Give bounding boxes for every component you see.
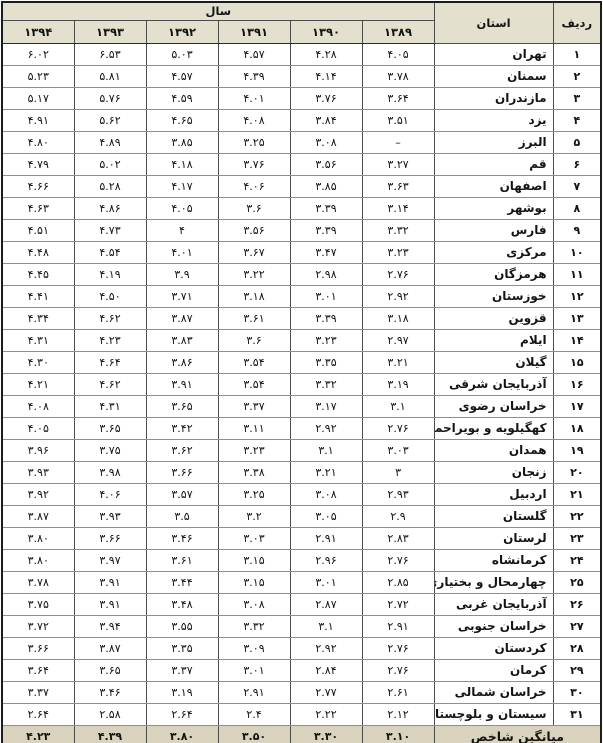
province-name-cell: آذربایجان شرقی xyxy=(434,373,553,395)
index-value-cell: ۴.۷۹ xyxy=(2,153,74,175)
index-value-cell: ۳.۱۵ xyxy=(218,549,290,571)
index-value-cell: ۳.۱ xyxy=(290,439,362,461)
index-value-cell: ۲.۶۱ xyxy=(362,681,434,703)
index-value-cell: ۳.۲۳ xyxy=(218,439,290,461)
index-value-cell: ۵.۶۲ xyxy=(74,109,146,131)
table-row: ۵.۲۳۵.۸۱۴.۵۷۴.۳۹۴.۱۴۳.۷۸سمنان۲ xyxy=(2,65,601,87)
index-value-cell: ۳.۶۶ xyxy=(74,527,146,549)
index-value-cell: ۴.۶۲ xyxy=(74,307,146,329)
province-name-cell: قزوین xyxy=(434,307,553,329)
index-value-cell: ۳.۳۷ xyxy=(2,681,74,703)
index-value-cell: ۳.۹۸ xyxy=(74,461,146,483)
index-value-cell: ۳.۴۲ xyxy=(146,417,218,439)
index-value-cell: ۳.۸۰ xyxy=(2,527,74,549)
province-name-cell: کهگیلویه و بویراحمد xyxy=(434,417,553,439)
province-name-cell: یزد xyxy=(434,109,553,131)
index-value-cell: ۳.۹۴ xyxy=(74,615,146,637)
index-value-cell: ۳.۴۶ xyxy=(74,681,146,703)
index-value-cell: ۲.۷۶ xyxy=(362,637,434,659)
index-value-cell: ۳.۰۸ xyxy=(290,483,362,505)
index-value-cell: ۴.۱۸ xyxy=(146,153,218,175)
table-row: ۵.۱۷۵.۷۶۴.۵۹۴.۰۱۳.۷۶۳.۶۴مازندران۳ xyxy=(2,87,601,109)
index-value-cell: ۲.۹۱ xyxy=(290,527,362,549)
index-value-cell: ۲.۷۲ xyxy=(362,593,434,615)
index-value-cell: ۴.۹۱ xyxy=(2,109,74,131)
index-value-cell: ۳.۶۵ xyxy=(74,659,146,681)
index-value-cell: ۳.۵۴ xyxy=(218,373,290,395)
row-number-cell: ۴ xyxy=(553,109,601,131)
index-value-cell: ۴.۳۴ xyxy=(2,307,74,329)
index-value-cell: ۴.۰۵ xyxy=(146,197,218,219)
index-value-cell: ۳.۶۲ xyxy=(146,439,218,461)
province-name-cell: خراسان شمالی xyxy=(434,681,553,703)
index-value-cell: ۳.۶۵ xyxy=(74,417,146,439)
row-number-cell: ۱۱ xyxy=(553,263,601,285)
index-value-cell: ۳.۲۲ xyxy=(218,263,290,285)
index-value-cell: ۳.۳۷ xyxy=(146,659,218,681)
province-name-cell: آذربایجان غربی xyxy=(434,593,553,615)
province-name-cell: کرمان xyxy=(434,659,553,681)
index-value-cell: ۲.۲۲ xyxy=(290,703,362,725)
province-name-cell: سمنان xyxy=(434,65,553,87)
index-value-cell: ۳.۰۳ xyxy=(362,439,434,461)
index-value-cell: ۲.۹۲ xyxy=(290,637,362,659)
index-value-cell: ۴.۱۷ xyxy=(146,175,218,197)
row-number-column-header: ردیف xyxy=(553,2,601,43)
index-value-cell: ۳.۳۵ xyxy=(290,351,362,373)
index-value-cell: ۳.۷۵ xyxy=(2,593,74,615)
document-sheet: سال استان ردیف ۱۳۹۴ ۱۳۹۳ ۱۳۹۲ ۱۳۹۱ ۱۳۹۰ … xyxy=(0,0,603,743)
row-number-cell: ۳۱ xyxy=(553,703,601,725)
index-value-cell: ۳.۲۳ xyxy=(362,241,434,263)
index-value-cell: ۳.۱۵ xyxy=(218,571,290,593)
index-value-cell: ۴.۰۱ xyxy=(146,241,218,263)
index-value-cell: ۳.۰۱ xyxy=(218,659,290,681)
index-value-cell: ۳.۵۶ xyxy=(290,153,362,175)
index-value-cell: ۳.۳۲ xyxy=(362,219,434,241)
index-value-cell: ۳.۳۵ xyxy=(146,637,218,659)
index-value-cell: ۳.۷۱ xyxy=(146,285,218,307)
province-index-table: سال استان ردیف ۱۳۹۴ ۱۳۹۳ ۱۳۹۲ ۱۳۹۱ ۱۳۹۰ … xyxy=(1,1,602,743)
province-name-cell: خراسان رضوی xyxy=(434,395,553,417)
row-number-cell: ۲۸ xyxy=(553,637,601,659)
index-value-cell: ۳.۸۶ xyxy=(146,351,218,373)
index-value-cell: ۴.۰۵ xyxy=(2,417,74,439)
table-row: ۴.۲۱۴.۶۲۳.۹۱۳.۵۴۳.۳۲۳.۱۹آذربایجان شرقی۱۶ xyxy=(2,373,601,395)
table-body: ۶.۰۲۶.۵۳۵.۰۳۴.۵۷۴.۲۸۴.۰۵تهران۱۵.۲۳۵.۸۱۴.… xyxy=(2,43,601,725)
average-value-1391: ۳.۵۰ xyxy=(218,725,290,743)
province-name-cell: اصفهان xyxy=(434,175,553,197)
index-value-cell: ۳.۶۶ xyxy=(2,637,74,659)
index-value-cell: ۵.۷۶ xyxy=(74,87,146,109)
index-value-cell: ۲.۶۴ xyxy=(146,703,218,725)
index-value-cell: ۴.۸۶ xyxy=(74,197,146,219)
index-value-cell: ۴.۳۰ xyxy=(2,351,74,373)
index-value-cell: ۳.۴۴ xyxy=(146,571,218,593)
index-value-cell: ۵.۸۱ xyxy=(74,65,146,87)
province-name-cell: خوزستان xyxy=(434,285,553,307)
row-number-cell: ۱۰ xyxy=(553,241,601,263)
row-number-cell: ۲۷ xyxy=(553,615,601,637)
index-value-cell: ۴.۶۴ xyxy=(74,351,146,373)
province-name-cell: سیستان و بلوچستان xyxy=(434,703,553,725)
table-row: ۴.۰۵۳.۶۵۳.۴۲۳.۱۱۲.۹۲۲.۷۶کهگیلویه و بویرا… xyxy=(2,417,601,439)
index-value-cell: ۴.۵۹ xyxy=(146,87,218,109)
index-value-cell: ۳.۸۰ xyxy=(2,549,74,571)
index-value-cell: ۲.۷۷ xyxy=(290,681,362,703)
index-value-cell: ۳.۰۸ xyxy=(218,593,290,615)
year-header-1392: ۱۳۹۲ xyxy=(146,20,218,43)
index-value-cell: ۳.۱ xyxy=(290,615,362,637)
index-value-cell: ۲.۷۶ xyxy=(362,549,434,571)
index-value-cell: ۳.۷۵ xyxy=(74,439,146,461)
index-value-cell: ۳.۰۳ xyxy=(218,527,290,549)
row-number-cell: ۱۳ xyxy=(553,307,601,329)
average-value-1389: ۳.۱۰ xyxy=(362,725,434,743)
index-value-cell: ۵.۱۷ xyxy=(2,87,74,109)
index-value-cell: ۳.۸۷ xyxy=(2,505,74,527)
index-value-cell: ۳.۵۷ xyxy=(146,483,218,505)
index-value-cell: ۴.۴۵ xyxy=(2,263,74,285)
province-name-cell: کردستان xyxy=(434,637,553,659)
index-value-cell: ۳.۷۶ xyxy=(218,153,290,175)
row-number-cell: ۱۹ xyxy=(553,439,601,461)
row-number-cell: ۹ xyxy=(553,219,601,241)
province-name-cell: فارس xyxy=(434,219,553,241)
index-value-cell: ۴.۲۳ xyxy=(74,329,146,351)
province-name-cell: قم xyxy=(434,153,553,175)
index-value-cell: ۳.۱ xyxy=(362,395,434,417)
index-value-cell: ۲.۸۴ xyxy=(290,659,362,681)
index-value-cell: ۳.۰۵ xyxy=(290,505,362,527)
year-header-1389: ۱۳۸۹ xyxy=(362,20,434,43)
index-value-cell: ۳.۵ xyxy=(146,505,218,527)
row-number-cell: ۷ xyxy=(553,175,601,197)
index-value-cell: ۳.۹۳ xyxy=(2,461,74,483)
index-value-cell: ۴.۶۶ xyxy=(2,175,74,197)
average-value-1393: ۴.۳۹ xyxy=(74,725,146,743)
year-header-1393: ۱۳۹۳ xyxy=(74,20,146,43)
index-value-cell: ۴.۵۷ xyxy=(218,43,290,65)
province-name-cell: گلستان xyxy=(434,505,553,527)
index-value-cell: ۳.۴۸ xyxy=(146,593,218,615)
table-row: ۴.۴۵۴.۱۹۳.۹۳.۲۲۲.۹۸۲.۷۶هرمزگان۱۱ xyxy=(2,263,601,285)
index-value-cell: ۴.۱۹ xyxy=(74,263,146,285)
table-row: ۳.۷۵۳.۹۱۳.۴۸۳.۰۸۲.۸۷۲.۷۲آذربایجان غربی۲۶ xyxy=(2,593,601,615)
row-number-cell: ۲۵ xyxy=(553,571,601,593)
year-group-header: سال xyxy=(2,2,434,20)
table-header: سال استان ردیف ۱۳۹۴ ۱۳۹۳ ۱۳۹۲ ۱۳۹۱ ۱۳۹۰ … xyxy=(2,2,601,43)
index-value-cell: ۲.۱۲ xyxy=(362,703,434,725)
index-value-cell: ۳.۹ xyxy=(146,263,218,285)
index-value-cell: ۳.۷۲ xyxy=(2,615,74,637)
index-value-cell: ۴.۸۰ xyxy=(2,131,74,153)
row-number-cell: ۲۶ xyxy=(553,593,601,615)
index-value-cell: ۳.۶۴ xyxy=(362,87,434,109)
index-value-cell: ۳.۱۱ xyxy=(218,417,290,439)
index-value-cell: ۳.۱۴ xyxy=(362,197,434,219)
table-row: ۴.۵۱۴.۷۳۴۳.۵۶۳.۳۹۳.۳۲فارس۹ xyxy=(2,219,601,241)
province-name-cell: زنجان xyxy=(434,461,553,483)
row-number-cell: ۵ xyxy=(553,131,601,153)
index-value-cell: ۲.۷۶ xyxy=(362,417,434,439)
index-value-cell: ۳.۸۵ xyxy=(290,175,362,197)
index-value-cell: ۴.۳۱ xyxy=(74,395,146,417)
row-number-cell: ۱۷ xyxy=(553,395,601,417)
index-value-cell: ۳.۶۱ xyxy=(218,307,290,329)
index-value-cell: ۴.۴۱ xyxy=(2,285,74,307)
index-value-cell: ۳.۹۱ xyxy=(74,571,146,593)
index-value-cell: ۳.۶ xyxy=(218,197,290,219)
table-row: ۴.۴۸۴.۵۴۴.۰۱۳.۶۷۳.۴۷۳.۲۳مرکزی۱۰ xyxy=(2,241,601,263)
index-value-cell: ۳.۲۵ xyxy=(218,483,290,505)
table-row: ۴.۳۱۴.۲۳۳.۸۳۳.۶۳.۲۳۲.۹۷ایلام۱۴ xyxy=(2,329,601,351)
province-name-cell: هرمزگان xyxy=(434,263,553,285)
index-value-cell: ۳.۸۵ xyxy=(146,131,218,153)
index-value-cell: ۵.۲۳ xyxy=(2,65,74,87)
index-value-cell: ۳.۶۴ xyxy=(2,659,74,681)
index-value-cell: ۶.۵۳ xyxy=(74,43,146,65)
province-name-cell: لرستان xyxy=(434,527,553,549)
index-value-cell: ۳.۳۹ xyxy=(290,219,362,241)
year-header-1390: ۱۳۹۰ xyxy=(290,20,362,43)
row-number-cell: ۱۴ xyxy=(553,329,601,351)
index-value-cell: ۴.۳۱ xyxy=(2,329,74,351)
index-value-cell: ۴.۸۹ xyxy=(74,131,146,153)
index-value-cell: ۳.۷۸ xyxy=(362,65,434,87)
index-value-cell: ۵.۲۸ xyxy=(74,175,146,197)
index-value-cell: ۳.۶۶ xyxy=(146,461,218,483)
index-value-cell: ۴.۲۸ xyxy=(290,43,362,65)
row-number-cell: ۲۴ xyxy=(553,549,601,571)
table-row: ۳.۷۲۳.۹۴۳.۵۵۳.۳۲۳.۱۲.۹۱خراسان جنوبی۲۷ xyxy=(2,615,601,637)
index-value-cell: ۲.۹۱ xyxy=(362,615,434,637)
index-value-cell: ۳.۰۸ xyxy=(290,131,362,153)
index-value-cell: ۳.۳۹ xyxy=(290,307,362,329)
index-value-cell: ۳.۵۴ xyxy=(218,351,290,373)
average-value-1394: ۴.۲۳ xyxy=(2,725,74,743)
index-value-cell: ۴.۶۲ xyxy=(74,373,146,395)
index-value-cell: ۳.۱۸ xyxy=(218,285,290,307)
index-value-cell: ۲.۴ xyxy=(218,703,290,725)
index-value-cell: ۳.۳۷ xyxy=(218,395,290,417)
table-row: ۲.۶۴۲.۵۸۲.۶۴۲.۴۲.۲۲۲.۱۲سیستان و بلوچستان… xyxy=(2,703,601,725)
index-value-cell: ۳.۷۸ xyxy=(2,571,74,593)
index-value-cell: ۵.۰۲ xyxy=(74,153,146,175)
year-header-1391: ۱۳۹۱ xyxy=(218,20,290,43)
index-value-cell: ۲.۹۸ xyxy=(290,263,362,285)
table-row: ۳.۳۷۳.۴۶۳.۱۹۲.۹۱۲.۷۷۲.۶۱خراسان شمالی۳۰ xyxy=(2,681,601,703)
index-value-cell: ۳.۱۹ xyxy=(146,681,218,703)
index-value-cell: ۳.۰۱ xyxy=(290,285,362,307)
index-value-cell: ۲.۹۲ xyxy=(362,285,434,307)
index-value-cell: ۳.۹۶ xyxy=(2,439,74,461)
table-row: ۳.۹۳۳.۹۸۳.۶۶۳.۳۸۳.۲۱۳زنجان۲۰ xyxy=(2,461,601,483)
index-value-cell: ۳.۰۹ xyxy=(218,637,290,659)
index-value-cell: ۲.۹۱ xyxy=(218,681,290,703)
province-column-header: استان xyxy=(434,2,553,43)
index-value-cell: ۴.۵۴ xyxy=(74,241,146,263)
row-number-cell: ۱۵ xyxy=(553,351,601,373)
index-value-cell: ۶.۰۲ xyxy=(2,43,74,65)
index-value-cell: ۳.۸۷ xyxy=(74,637,146,659)
index-value-cell: ۲.۶۴ xyxy=(2,703,74,725)
province-name-cell: ایلام xyxy=(434,329,553,351)
index-value-cell: ۳.۹۱ xyxy=(146,373,218,395)
index-value-cell: ۳.۲۱ xyxy=(290,461,362,483)
index-value-cell: ۲.۷۶ xyxy=(362,263,434,285)
index-value-cell: ۳.۱۷ xyxy=(290,395,362,417)
index-value-cell: ۳.۵۱ xyxy=(362,109,434,131)
average-row: ۴.۲۳ ۴.۳۹ ۳.۸۰ ۳.۵۰ ۳.۳۰ ۳.۱۰ میانگین شا… xyxy=(2,725,601,743)
index-value-cell: ۳.۵۵ xyxy=(146,615,218,637)
province-name-cell: گیلان xyxy=(434,351,553,373)
index-value-cell: ۳.۲ xyxy=(218,505,290,527)
index-value-cell: ۳.۶۷ xyxy=(218,241,290,263)
index-value-cell: ۴.۰۸ xyxy=(218,109,290,131)
row-number-cell: ۸ xyxy=(553,197,601,219)
index-value-cell: ۴ xyxy=(146,219,218,241)
row-number-cell: ۶ xyxy=(553,153,601,175)
table-row: ۴.۳۴۴.۶۲۳.۸۷۳.۶۱۳.۳۹۳.۱۸قزوین۱۳ xyxy=(2,307,601,329)
province-name-cell: اردبیل xyxy=(434,483,553,505)
index-value-cell: ۳.۹۱ xyxy=(74,593,146,615)
index-value-cell: ۴.۰۵ xyxy=(362,43,434,65)
index-value-cell: – xyxy=(362,131,434,153)
index-value-cell: ۲.۸۷ xyxy=(290,593,362,615)
table-row: ۳.۷۸۳.۹۱۳.۴۴۳.۱۵۳.۰۱۲.۸۵چهارمحال و بختیا… xyxy=(2,571,601,593)
table-row: ۴.۰۸۴.۳۱۳.۶۵۳.۳۷۳.۱۷۳.۱خراسان رضوی۱۷ xyxy=(2,395,601,417)
index-value-cell: ۴.۵۱ xyxy=(2,219,74,241)
table-row: ۳.۸۷۳.۹۳۳.۵۳.۲۳.۰۵۲.۹گلستان۲۲ xyxy=(2,505,601,527)
index-value-cell: ۳.۹۲ xyxy=(2,483,74,505)
header-group-row: سال استان ردیف xyxy=(2,2,601,20)
index-value-cell: ۳.۷۶ xyxy=(290,87,362,109)
index-value-cell: ۳.۶۱ xyxy=(146,549,218,571)
index-value-cell: ۵.۰۳ xyxy=(146,43,218,65)
index-value-cell: ۲.۸۳ xyxy=(362,527,434,549)
index-value-cell: ۴.۰۸ xyxy=(2,395,74,417)
table-row: ۳.۹۲۴.۰۶۳.۵۷۳.۲۵۳.۰۸۲.۹۳اردبیل۲۱ xyxy=(2,483,601,505)
table-row: ۳.۶۶۳.۸۷۳.۳۵۳.۰۹۲.۹۲۲.۷۶کردستان۲۸ xyxy=(2,637,601,659)
index-value-cell: ۲.۹۷ xyxy=(362,329,434,351)
index-value-cell: ۳.۴۶ xyxy=(146,527,218,549)
index-value-cell: ۴.۵۷ xyxy=(146,65,218,87)
index-value-cell: ۳.۸۷ xyxy=(146,307,218,329)
table-footer: ۴.۲۳ ۴.۳۹ ۳.۸۰ ۳.۵۰ ۳.۳۰ ۳.۱۰ میانگین شا… xyxy=(2,725,601,743)
index-value-cell: ۴.۷۳ xyxy=(74,219,146,241)
index-value-cell: ۴.۶۵ xyxy=(146,109,218,131)
province-name-cell: بوشهر xyxy=(434,197,553,219)
index-value-cell: ۴.۰۶ xyxy=(218,175,290,197)
index-value-cell: ۳.۱۸ xyxy=(362,307,434,329)
index-value-cell: ۳.۳۲ xyxy=(218,615,290,637)
index-value-cell: ۳.۲۳ xyxy=(290,329,362,351)
row-number-cell: ۱۶ xyxy=(553,373,601,395)
index-value-cell: ۳.۲۷ xyxy=(362,153,434,175)
row-number-cell: ۱۸ xyxy=(553,417,601,439)
province-name-cell: همدان xyxy=(434,439,553,461)
index-value-cell: ۳.۰۱ xyxy=(290,571,362,593)
table-row: ۶.۰۲۶.۵۳۵.۰۳۴.۵۷۴.۲۸۴.۰۵تهران۱ xyxy=(2,43,601,65)
index-value-cell: ۲.۷۶ xyxy=(362,659,434,681)
row-number-cell: ۲۳ xyxy=(553,527,601,549)
index-value-cell: ۳.۱۹ xyxy=(362,373,434,395)
index-value-cell: ۲.۹۶ xyxy=(290,549,362,571)
row-number-cell: ۲ xyxy=(553,65,601,87)
index-value-cell: ۳.۵۶ xyxy=(218,219,290,241)
row-number-cell: ۲۹ xyxy=(553,659,601,681)
index-value-cell: ۳.۶۵ xyxy=(146,395,218,417)
index-value-cell: ۳.۶۳ xyxy=(362,175,434,197)
index-value-cell: ۴.۴۸ xyxy=(2,241,74,263)
province-name-cell: چهارمحال و بختیاری xyxy=(434,571,553,593)
index-value-cell: ۴.۳۹ xyxy=(218,65,290,87)
index-value-cell: ۳ xyxy=(362,461,434,483)
table-row: ۴.۹۱۵.۶۲۴.۶۵۴.۰۸۳.۸۴۳.۵۱یزد۴ xyxy=(2,109,601,131)
average-row-label: میانگین شاخص xyxy=(434,725,601,743)
index-value-cell: ۲.۹ xyxy=(362,505,434,527)
table-row: ۴.۶۳۴.۸۶۴.۰۵۳.۶۳.۳۹۳.۱۴بوشهر۸ xyxy=(2,197,601,219)
table-row: ۴.۴۱۴.۵۰۳.۷۱۳.۱۸۳.۰۱۲.۹۲خوزستان۱۲ xyxy=(2,285,601,307)
table-row: ۳.۹۶۳.۷۵۳.۶۲۳.۲۳۳.۱۳.۰۳همدان۱۹ xyxy=(2,439,601,461)
table-row: ۴.۶۶۵.۲۸۴.۱۷۴.۰۶۳.۸۵۳.۶۳اصفهان۷ xyxy=(2,175,601,197)
table-row: ۳.۸۰۳.۶۶۳.۴۶۳.۰۳۲.۹۱۲.۸۳لرستان۲۳ xyxy=(2,527,601,549)
table-row: ۴.۷۹۵.۰۲۴.۱۸۳.۷۶۳.۵۶۳.۲۷قم۶ xyxy=(2,153,601,175)
table-row: ۳.۶۴۳.۶۵۳.۳۷۳.۰۱۲.۸۴۲.۷۶کرمان۲۹ xyxy=(2,659,601,681)
row-number-cell: ۱ xyxy=(553,43,601,65)
year-header-1394: ۱۳۹۴ xyxy=(2,20,74,43)
index-value-cell: ۳.۳۸ xyxy=(218,461,290,483)
index-value-cell: ۳.۲۱ xyxy=(362,351,434,373)
row-number-cell: ۳ xyxy=(553,87,601,109)
average-value-1392: ۳.۸۰ xyxy=(146,725,218,743)
province-name-cell: کرمانشاه xyxy=(434,549,553,571)
row-number-cell: ۲۱ xyxy=(553,483,601,505)
province-name-cell: البرز xyxy=(434,131,553,153)
row-number-cell: ۲۰ xyxy=(553,461,601,483)
index-value-cell: ۳.۹۷ xyxy=(74,549,146,571)
index-value-cell: ۲.۸۵ xyxy=(362,571,434,593)
index-value-cell: ۳.۸۳ xyxy=(146,329,218,351)
index-value-cell: ۴.۱۴ xyxy=(290,65,362,87)
index-value-cell: ۳.۴۷ xyxy=(290,241,362,263)
row-number-cell: ۱۲ xyxy=(553,285,601,307)
index-value-cell: ۳.۹۳ xyxy=(74,505,146,527)
province-name-cell: مازندران xyxy=(434,87,553,109)
index-value-cell: ۴.۶۳ xyxy=(2,197,74,219)
province-name-cell: تهران xyxy=(434,43,553,65)
index-value-cell: ۴.۰۱ xyxy=(218,87,290,109)
table-row: ۳.۸۰۳.۹۷۳.۶۱۳.۱۵۲.۹۶۲.۷۶کرمانشاه۲۴ xyxy=(2,549,601,571)
index-value-cell: ۳.۶ xyxy=(218,329,290,351)
index-value-cell: ۳.۳۲ xyxy=(290,373,362,395)
province-name-cell: مرکزی xyxy=(434,241,553,263)
index-value-cell: ۴.۰۶ xyxy=(74,483,146,505)
row-number-cell: ۲۲ xyxy=(553,505,601,527)
index-value-cell: ۳.۳۹ xyxy=(290,197,362,219)
index-value-cell: ۲.۹۳ xyxy=(362,483,434,505)
province-name-cell: خراسان جنوبی xyxy=(434,615,553,637)
row-number-cell: ۳۰ xyxy=(553,681,601,703)
table-row: ۴.۸۰۴.۸۹۳.۸۵۳.۲۵۳.۰۸–البرز۵ xyxy=(2,131,601,153)
index-value-cell: ۳.۸۴ xyxy=(290,109,362,131)
index-value-cell: ۲.۵۸ xyxy=(74,703,146,725)
average-value-1390: ۳.۳۰ xyxy=(290,725,362,743)
table-row: ۴.۳۰۴.۶۴۳.۸۶۳.۵۴۳.۳۵۳.۲۱گیلان۱۵ xyxy=(2,351,601,373)
index-value-cell: ۴.۲۱ xyxy=(2,373,74,395)
index-value-cell: ۴.۵۰ xyxy=(74,285,146,307)
